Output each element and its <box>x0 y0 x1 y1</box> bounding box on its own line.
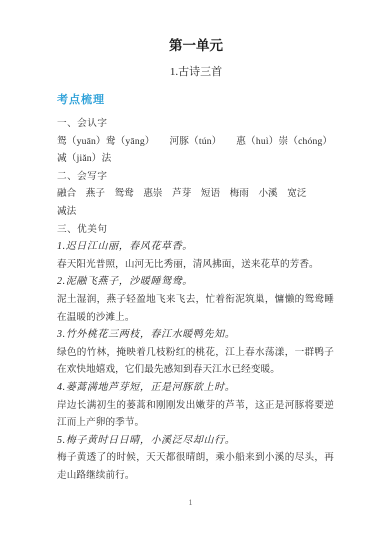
section-heading-sentences: 三、优美句 <box>57 221 334 239</box>
section-heading-write-chars: 二、会写字 <box>57 168 334 186</box>
verse-explanation: 泥土湿润，燕子轻盈地飞来飞去，忙着衔泥筑巢，慵懒的鸳鸯睡在温暖的沙滩上。 <box>57 291 334 326</box>
write-chars-line: 融合 燕子 鸳鸯 惠崇 芦芽 短语 梅雨 小溪 宽泛 <box>57 185 334 203</box>
verse-line: 5.梅子黄时日日晴，小溪泛尽却山行。 <box>57 432 334 450</box>
verse-explanation: 梅子黄透了的时候，天天都很晴朗，乘小船来到小溪的尽头，再走山路继续前行。 <box>57 449 334 484</box>
page-number: 1 <box>0 498 381 507</box>
unit-title: 第一单元 <box>57 36 335 56</box>
verse-explanation: 岸边长满初生的蒌蒿和刚刚发出嫩芽的芦苇，这正是河豚将要逆江而上产卵的季节。 <box>57 397 334 432</box>
document-body: 一、会认字 鸳（yuān）鸯（yāng） 河豚（tún） 惠（huì）崇（chó… <box>57 115 334 484</box>
document-page: 第一单元 1.古诗三首 考点梳理 一、会认字 鸳（yuān）鸯（yāng） 河豚… <box>0 0 381 540</box>
write-chars-line: 减法 <box>57 203 334 221</box>
verse-line: 3.竹外桃花三两枝，春江水暖鸭先知。 <box>57 326 334 344</box>
verse-line: 2.泥融飞燕子，沙暖睡鸳鸯。 <box>57 273 334 291</box>
section-heading-recognize-chars: 一、会认字 <box>57 115 334 133</box>
lesson-title: 1.古诗三首 <box>57 64 335 80</box>
verse-line: 1.迟日江山丽，春风花草香。 <box>57 238 334 256</box>
verse-explanation: 绿色的竹林，掩映着几枝粉红的桃花，江上春水荡漾，一群鸭子在欢快地嬉戏，它们最先感… <box>57 344 334 379</box>
verse-explanation: 春天阳光普照，山河无比秀丽，清风拂面，送来花草的芳香。 <box>57 256 334 274</box>
key-points-heading: 考点梳理 <box>57 92 335 108</box>
recognize-chars-line: 鸳（yuān）鸯（yāng） 河豚（tún） 惠（huì）崇（chóng） <box>57 133 334 151</box>
recognize-chars-line: 减（jiǎn）法 <box>57 150 334 168</box>
verse-line: 4.蒌蒿满地芦芽短，正是河豚欲上时。 <box>57 379 334 397</box>
